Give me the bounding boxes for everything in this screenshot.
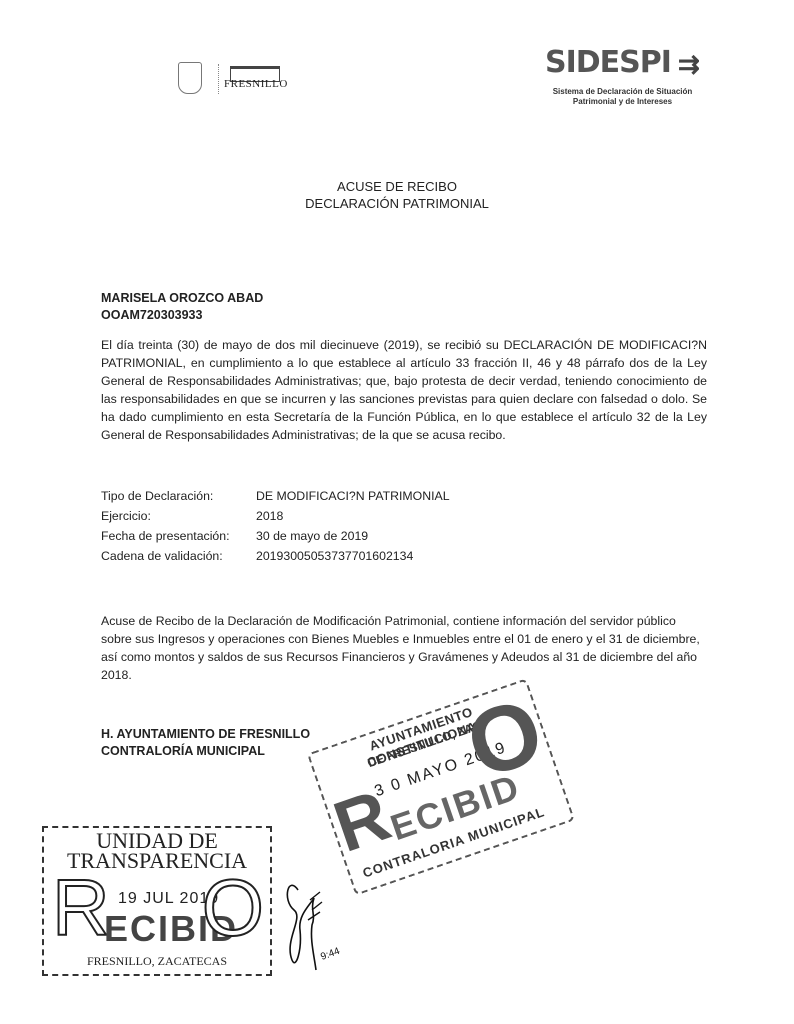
detail-label: Cadena de validación: <box>101 546 256 566</box>
office-line1: H. AYUNTAMIENTO DE FRESNILLO <box>101 726 310 743</box>
stamp-letter-r: R <box>52 868 110 948</box>
detail-row: Fecha de presentación: 30 de mayo de 201… <box>101 526 450 546</box>
document-title: ACUSE DE RECIBO DECLARACIÓN PATRIMONIAL <box>0 178 794 212</box>
received-stamp-contraloria: AYUNTAMIENTO CONSTITUCIONAL DE FRESNILLO… <box>307 678 575 895</box>
sidespi-wordmark: SIDESPI <box>545 45 671 80</box>
recipient-block: MARISELA OROZCO ABAD OOAM720303933 <box>101 290 263 324</box>
sidespi-subtitle-line2: Patrimonial y de Intereses <box>540 97 705 107</box>
issuing-office: H. AYUNTAMIENTO DE FRESNILLO CONTRALORÍA… <box>101 726 310 760</box>
detail-value: 20193005053737701602134 <box>256 546 413 566</box>
signature: 9:44 <box>280 870 350 980</box>
title-line1: ACUSE DE RECIBO <box>0 178 794 195</box>
summary-paragraph: Acuse de Recibo de la Declaración de Mod… <box>101 612 701 684</box>
logo-divider <box>218 64 219 94</box>
sidespi-logo: SIDESPI ⇉ Sistema de Declaración de Situ… <box>540 45 710 115</box>
detail-label: Tipo de Declaración: <box>101 486 256 506</box>
stamp-bottom: FRESNILLO, ZACATECAS <box>44 954 270 969</box>
sidespi-arrow-icon: ⇉ <box>678 49 700 80</box>
detail-value: 2018 <box>256 506 283 526</box>
declaration-details: Tipo de Declaración: DE MODIFICACI?N PAT… <box>101 486 450 566</box>
office-line2: CONTRALORÍA MUNICIPAL <box>101 743 310 760</box>
stamp-letter-o: O <box>202 868 264 948</box>
detail-row: Tipo de Declaración: DE MODIFICACI?N PAT… <box>101 486 450 506</box>
detail-value: 30 de mayo de 2019 <box>256 526 368 546</box>
detail-label: Ejercicio: <box>101 506 256 526</box>
detail-row: Ejercicio: 2018 <box>101 506 450 526</box>
sidespi-subtitle-line1: Sistema de Declaración de Situación <box>540 87 705 97</box>
recipient-rfc: OOAM720303933 <box>101 307 263 324</box>
title-line2: DECLARACIÓN PATRIMONIAL <box>0 195 794 212</box>
detail-row: Cadena de validación: 201930050537377016… <box>101 546 450 566</box>
municipal-crest-icon <box>178 62 202 94</box>
sidespi-subtitle: Sistema de Declaración de Situación Patr… <box>540 87 705 107</box>
body-paragraph: El día treinta (30) de mayo de dos mil d… <box>101 336 707 444</box>
detail-label: Fecha de presentación: <box>101 526 256 546</box>
detail-value: DE MODIFICACI?N PATRIMONIAL <box>256 486 450 506</box>
received-stamp-transparencia: UNIDAD DE TRANSPARENCIA R 19 JUL 2019 EC… <box>42 826 272 976</box>
fresnillo-logo-text: FRESNILLO <box>224 78 288 90</box>
svg-text:9:44: 9:44 <box>319 946 341 963</box>
recipient-name: MARISELA OROZCO ABAD <box>101 290 263 307</box>
fresnillo-logo: FRESNILLO <box>172 62 292 98</box>
signature-icon: 9:44 <box>280 870 350 980</box>
